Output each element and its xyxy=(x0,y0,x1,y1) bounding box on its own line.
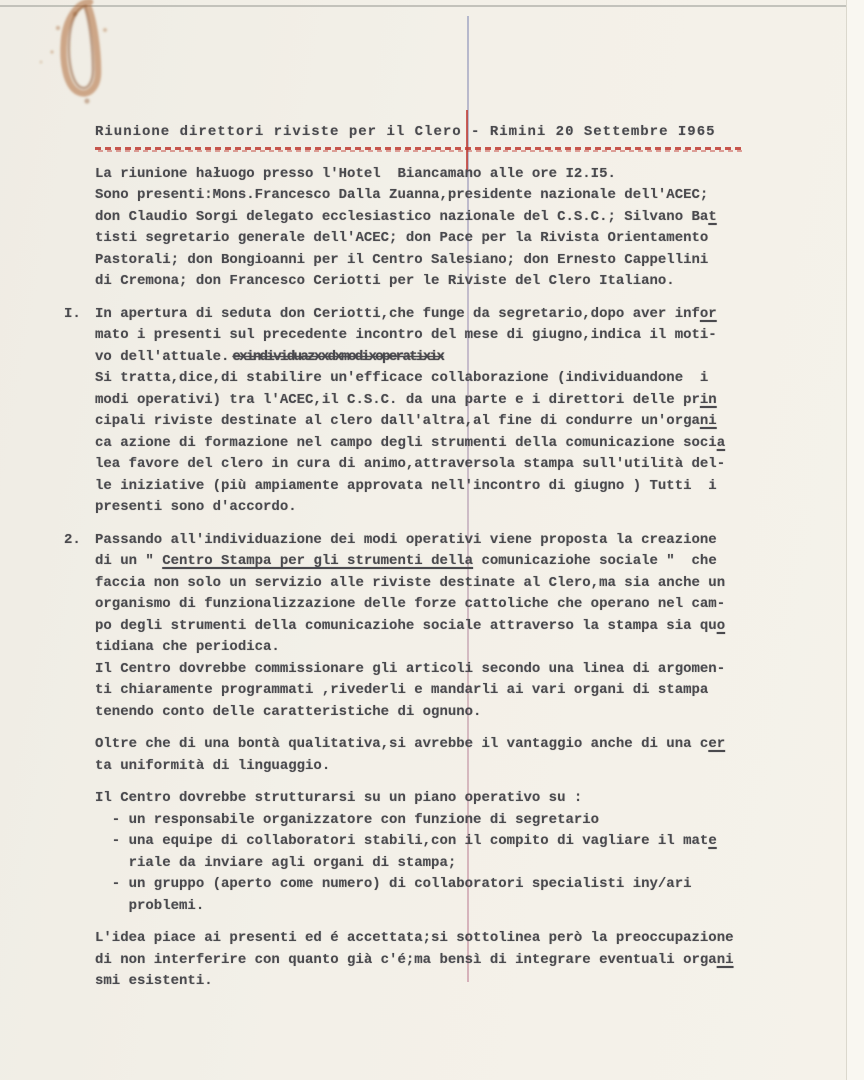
text-line: organismo di funzionalizzazione delle fo… xyxy=(95,594,764,616)
underlined-text: ni xyxy=(700,413,717,429)
plain-text: Si tratta,dice,di stabilire un'efficace … xyxy=(95,370,708,386)
plain-text: vo dell'attuale. xyxy=(95,349,229,365)
text-line: ca azione di formazione nel campo degli … xyxy=(95,433,764,455)
plain-text: modi operativi) tra l'ACEC,il C.S.C. da … xyxy=(95,392,700,408)
text-line: ti chiaramente programmati ,rivederli e … xyxy=(95,680,764,702)
paper-right-edge xyxy=(846,0,864,1080)
text-line: Sono presenti:Mons.Francesco Dalla Zuann… xyxy=(95,185,764,207)
text-line: La riunione hałuogo presso l'Hotel Bianc… xyxy=(95,164,764,186)
plain-text: In apertura di seduta don Ceriotti,che f… xyxy=(95,306,700,322)
text-line: In apertura di seduta don Ceriotti,che f… xyxy=(95,304,764,326)
plain-text: lea favore del clero in cura di animo,at… xyxy=(95,456,725,472)
item-number: I. xyxy=(64,304,95,519)
plain-text: Pastorali; don Bongioanni per il Centro … xyxy=(95,252,708,268)
plain-text: La riunione hałuogo presso l'Hotel Bianc… xyxy=(95,166,616,182)
text-line: Oltre che di una bontà qualitativa,si av… xyxy=(95,734,764,756)
plain-text: Oltre che di una bontà qualitativa,si av… xyxy=(95,736,708,752)
plain-text: don Claudio Sorgi delegato ecclesiastico… xyxy=(95,209,708,225)
text-line: vo dell'attuale.exindividuazxxdxmodixope… xyxy=(95,347,764,369)
text-line: lea favore del clero in cura di animo,at… xyxy=(95,454,764,476)
underlined-text: ni xyxy=(717,952,734,968)
item-number xyxy=(64,164,95,293)
plain-text: po degli strumenti della comunicaziohe s… xyxy=(95,618,717,634)
text-line: Si tratta,dice,di stabilire un'efficace … xyxy=(95,368,764,390)
plain-text: Passando all'individuazione dei modi ope… xyxy=(95,532,717,548)
text-line: tenendo conto delle caratteristiche di o… xyxy=(95,702,764,724)
plain-text: faccia non solo un servizio alle riviste… xyxy=(95,575,725,591)
text-line: - un responsabile organizzatore con funz… xyxy=(95,810,764,832)
text-line: - una equipe di collaboratori stabili,co… xyxy=(95,831,764,853)
underlined-text: in xyxy=(700,392,717,408)
underlined-text: Centro Stampa per gli strumenti della xyxy=(162,553,473,569)
plain-text: - un responsabile organizzatore con funz… xyxy=(95,812,599,828)
plain-text: di Cremona; don Francesco Ceriotti per l… xyxy=(95,273,675,289)
plain-text: ti chiaramente programmati ,rivederli e … xyxy=(95,682,708,698)
text-line: tidiana che periodica. xyxy=(95,637,764,659)
text-line: Il Centro dovrebbe strutturarsi su un pi… xyxy=(95,788,764,810)
text-line: modi operativi) tra l'ACEC,il C.S.C. da … xyxy=(95,390,764,412)
numbered-item: 2.Passando all'individuazione dei modi o… xyxy=(64,530,764,724)
text-line: - un gruppo (aperto come numero) di coll… xyxy=(95,874,764,896)
paragraph-block: L'idea piace ai presenti ed é accettata;… xyxy=(64,928,764,993)
plain-text: L'idea piace ai presenti ed é accettata;… xyxy=(95,930,734,946)
plain-text: problemi. xyxy=(95,898,204,914)
text-line: ta uniformità di linguaggio. xyxy=(95,756,764,778)
plain-text: di un " xyxy=(95,553,162,569)
document-body: La riunione hałuogo presso l'Hotel Bianc… xyxy=(64,164,764,993)
plain-text: ta uniformità di linguaggio. xyxy=(95,758,330,774)
plain-text: presenti sono d'accordo. xyxy=(95,499,297,515)
title-underline xyxy=(95,147,745,150)
plain-text: ca azione di formazione nel campo degli … xyxy=(95,435,717,451)
text-line: le iniziative (più ampiamente approvata … xyxy=(95,476,764,498)
plain-text: smi esistenti. xyxy=(95,973,213,989)
text-line: di Cremona; don Francesco Ceriotti per l… xyxy=(95,271,764,293)
text-line: Pastorali; don Bongioanni per il Centro … xyxy=(95,250,764,272)
paragraph-block: Oltre che di una bontà qualitativa,si av… xyxy=(64,734,764,777)
underlined-text: er xyxy=(708,736,725,752)
item-number: 2. xyxy=(64,530,95,724)
underlined-text: or xyxy=(700,306,717,322)
item-number xyxy=(64,734,95,777)
plain-text: Il Centro dovrebbe strutturarsi su un pi… xyxy=(95,790,582,806)
text-line: riale da inviare agli organi di stampa; xyxy=(95,853,764,875)
plain-text: tenendo conto delle caratteristiche di o… xyxy=(95,704,481,720)
plain-text: tidiana che periodica. xyxy=(95,639,280,655)
text-line: mato i presenti sul precedente incontro … xyxy=(95,325,764,347)
text-line: don Claudio Sorgi delegato ecclesiastico… xyxy=(95,207,764,229)
plain-text: - una equipe di collaboratori stabili,co… xyxy=(95,833,708,849)
numbered-item: I.In apertura di seduta don Ceriotti,che… xyxy=(64,304,764,519)
text-line: cipali riviste destinate al clero dall'a… xyxy=(95,411,764,433)
text-line: Il Centro dovrebbe commissionare gli art… xyxy=(95,659,764,681)
text-line: problemi. xyxy=(95,896,764,918)
text-line: smi esistenti. xyxy=(95,971,764,993)
text-line: Passando all'individuazione dei modi ope… xyxy=(95,530,764,552)
plain-text: riale da inviare agli organi di stampa; xyxy=(95,855,456,871)
plain-text: Sono presenti:Mons.Francesco Dalla Zuann… xyxy=(95,187,708,203)
text-line: di non interferire con quanto già c'é;ma… xyxy=(95,950,764,972)
underlined-text: e xyxy=(708,833,716,849)
text-line: tisti segretario generale dell'ACEC; don… xyxy=(95,228,764,250)
typewritten-content: Riunione direttori riviste per il Clero … xyxy=(64,122,764,993)
text-line: di un " Centro Stampa per gli strumenti … xyxy=(95,551,764,573)
plain-text: comunicaziohe sociale " che xyxy=(473,553,717,569)
underlined-text: o xyxy=(717,618,725,634)
plain-text: cipali riviste destinate al clero dall'a… xyxy=(95,413,700,429)
plain-text: tisti segretario generale dell'ACEC; don… xyxy=(95,230,708,246)
plain-text: le iniziative (più ampiamente approvata … xyxy=(95,478,717,494)
item-number xyxy=(64,788,95,917)
plain-text: - un gruppo (aperto come numero) di coll… xyxy=(95,876,692,892)
paperclip-stain-icon xyxy=(28,0,140,118)
plain-text: Il Centro dovrebbe commissionare gli art… xyxy=(95,661,725,677)
paragraph-block: Il Centro dovrebbe strutturarsi su un pi… xyxy=(64,788,764,917)
item-number xyxy=(64,928,95,993)
plain-text: mato i presenti sul precedente incontro … xyxy=(95,327,717,343)
text-line: faccia non solo un servizio alle riviste… xyxy=(95,573,764,595)
text-line: po degli strumenti della comunicaziohe s… xyxy=(95,616,764,638)
paragraph-block: La riunione hałuogo presso l'Hotel Bianc… xyxy=(64,164,764,293)
document-title: Riunione direttori riviste per il Clero … xyxy=(95,122,764,144)
plain-text: organismo di funzionalizzazione delle fo… xyxy=(95,596,725,612)
document-page: Riunione direttori riviste per il Clero … xyxy=(0,0,864,1080)
underlined-text: t xyxy=(708,209,716,225)
underlined-text: a xyxy=(717,435,725,451)
text-line: presenti sono d'accordo. xyxy=(95,497,764,519)
text-line: L'idea piace ai presenti ed é accettata;… xyxy=(95,928,764,950)
strikethrough-text: exindividuazxxdxmodixoperatixix xyxy=(232,349,443,365)
plain-text: di non interferire con quanto già c'é;ma… xyxy=(95,952,717,968)
